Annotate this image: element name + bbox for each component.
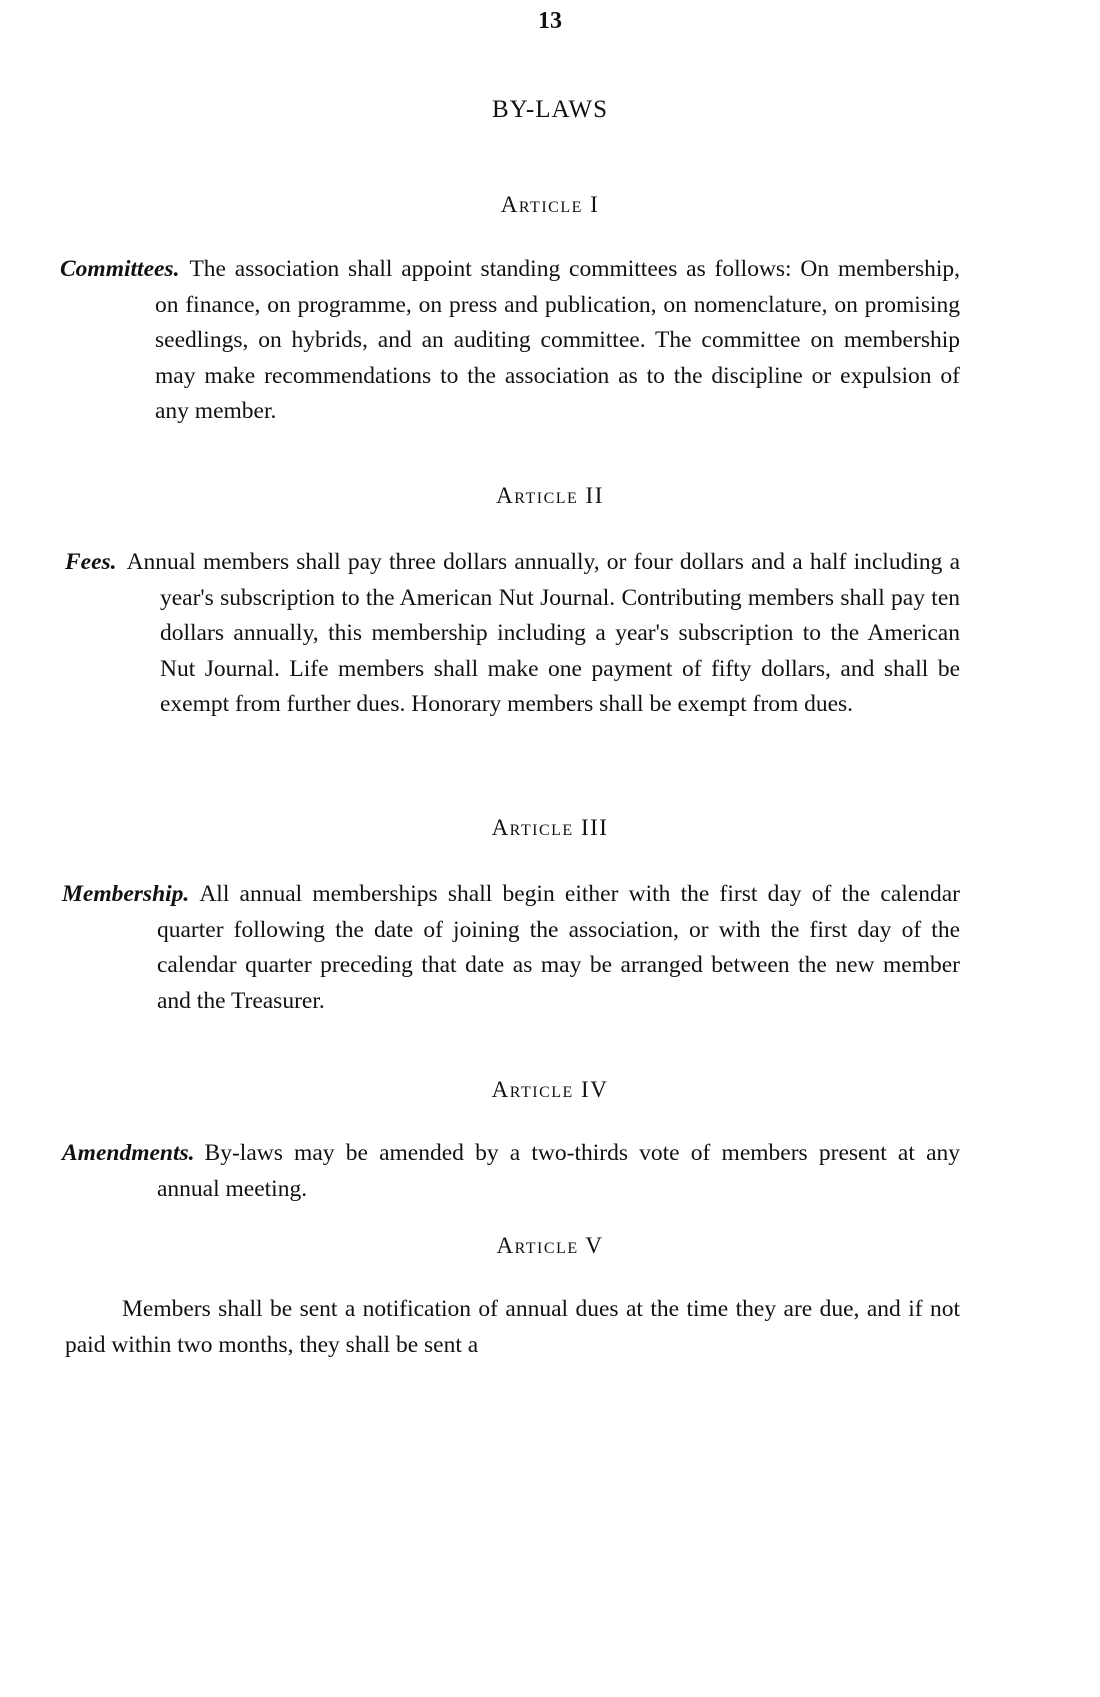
article-3-text: All annual memberships shall begin eithe… — [157, 881, 960, 1014]
article-4-heading: Article IV — [0, 1077, 1100, 1103]
page-number: 13 — [0, 8, 1100, 35]
article-1-text: The association shall appoint standing c… — [155, 256, 960, 424]
article-3-lead: Membership. — [62, 881, 189, 907]
article-4-lead: Amendments. — [62, 1140, 195, 1166]
article-4-text: By-laws may be amended by a two-thirds v… — [157, 1140, 960, 1202]
article-2-heading: Article II — [0, 483, 1100, 509]
article-2-body: Fees.Annual members shall pay three doll… — [65, 545, 960, 723]
article-5-heading: Article V — [0, 1233, 1100, 1259]
page-title: BY-LAWS — [0, 96, 1100, 124]
article-3-body: Membership.All annual memberships shall … — [62, 877, 960, 1019]
article-1-heading: Article I — [0, 192, 1100, 218]
article-1-lead: Committees. — [60, 256, 179, 282]
article-2-text: Annual members shall pay three dollars a… — [127, 549, 960, 717]
article-5-text: Members shall be sent a notification of … — [65, 1292, 960, 1363]
article-3-heading: Article III — [0, 815, 1100, 841]
article-1-body: Committees.The association shall appoint… — [60, 252, 960, 430]
article-2-lead: Fees. — [65, 549, 117, 575]
article-4-body: Amendments.By-laws may be amended by a t… — [62, 1136, 960, 1207]
